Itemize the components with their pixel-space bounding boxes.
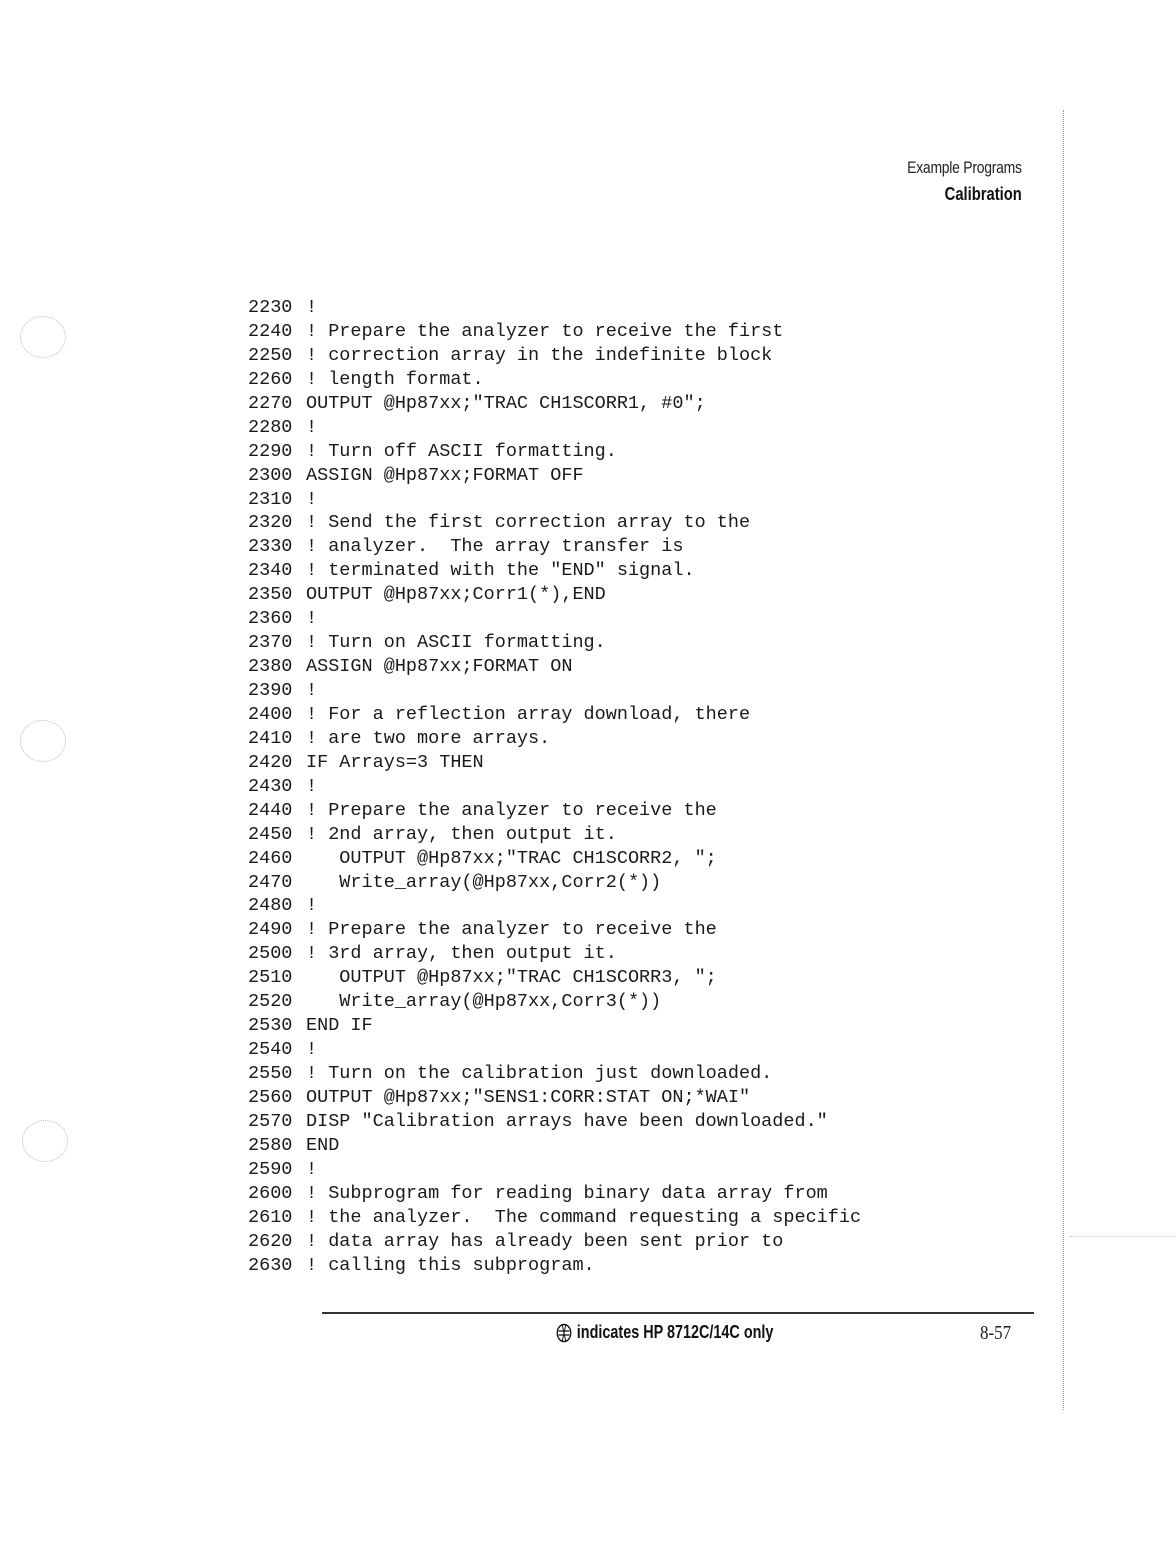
code-line: 2550! Turn on the calibration just downl… [248, 1062, 861, 1086]
code-line: 2450! 2nd array, then output it. [248, 823, 861, 847]
code-line: 2460 OUTPUT @Hp87xx;"TRAC CH1SCORR2, "; [248, 847, 861, 871]
line-number: 2480 [248, 894, 306, 918]
line-number: 2380 [248, 655, 306, 679]
code-text: ! calling this subprogram. [306, 1255, 595, 1276]
code-text: OUTPUT @Hp87xx;"TRAC CH1SCORR3, "; [306, 967, 717, 988]
line-number: 2510 [248, 966, 306, 990]
line-number: 2450 [248, 823, 306, 847]
code-line: 2320! Send the first correction array to… [248, 511, 861, 535]
line-number: 2320 [248, 511, 306, 535]
code-text: ! Prepare the analyzer to receive the [306, 919, 717, 940]
subsection-title: Calibration [907, 180, 1022, 208]
code-text: ! Prepare the analyzer to receive the fi… [306, 321, 783, 342]
code-text: ! correction array in the indefinite blo… [306, 345, 772, 366]
line-number: 2260 [248, 368, 306, 392]
code-text: IF Arrays=3 THEN [306, 752, 484, 773]
code-text: ! data array has already been sent prior… [306, 1231, 783, 1252]
code-text: ! Turn on ASCII formatting. [306, 632, 606, 653]
footer-divider [322, 1312, 1034, 1314]
footer-note-text: indicates HP 8712C/14C only [577, 1322, 774, 1343]
code-text: ASSIGN @Hp87xx;FORMAT OFF [306, 465, 584, 486]
line-number: 2460 [248, 847, 306, 871]
section-title: Example Programs [907, 156, 1022, 180]
code-text: ! [306, 680, 317, 701]
code-line: 2420IF Arrays=3 THEN [248, 751, 861, 775]
code-text: ! 2nd array, then output it. [306, 824, 617, 845]
line-number: 2550 [248, 1062, 306, 1086]
page-footer: indicates HP 8712C/14C only 8-57 [0, 1320, 1176, 1350]
footer-note: indicates HP 8712C/14C only [556, 1322, 773, 1343]
line-number: 2500 [248, 942, 306, 966]
code-text: DISP "Calibration arrays have been downl… [306, 1111, 828, 1132]
line-number: 2430 [248, 775, 306, 799]
code-line: 2530END IF [248, 1014, 861, 1038]
code-text: ! [306, 776, 317, 797]
line-number: 2240 [248, 320, 306, 344]
code-line: 2390! [248, 679, 861, 703]
page-margin-line [1063, 110, 1064, 1410]
code-line: 2570DISP "Calibration arrays have been d… [248, 1110, 861, 1134]
code-text: ! Turn off ASCII formatting. [306, 441, 617, 462]
code-line: 2250! correction array in the indefinite… [248, 344, 861, 368]
code-line: 2520 Write_array(@Hp87xx,Corr3(*)) [248, 990, 861, 1014]
line-number: 2420 [248, 751, 306, 775]
code-line: 2310! [248, 488, 861, 512]
code-line: 2560OUTPUT @Hp87xx;"SENS1:CORR:STAT ON;*… [248, 1086, 861, 1110]
code-text: ! Subprogram for reading binary data arr… [306, 1183, 828, 1204]
code-text: ! Turn on the calibration just downloade… [306, 1063, 772, 1084]
code-text: OUTPUT @Hp87xx;"SENS1:CORR:STAT ON;*WAI" [306, 1087, 750, 1108]
code-line: 2620! data array has already been sent p… [248, 1230, 861, 1254]
code-line: 2480! [248, 894, 861, 918]
line-number: 2570 [248, 1110, 306, 1134]
line-number: 2340 [248, 559, 306, 583]
line-number: 2580 [248, 1134, 306, 1158]
code-line: 2590! [248, 1158, 861, 1182]
line-number: 2540 [248, 1038, 306, 1062]
line-number: 2300 [248, 464, 306, 488]
line-number: 2290 [248, 440, 306, 464]
line-number: 2270 [248, 392, 306, 416]
code-line: 2410! are two more arrays. [248, 727, 861, 751]
code-text: END IF [306, 1015, 373, 1036]
code-text: ! [306, 895, 317, 916]
line-number: 2470 [248, 871, 306, 895]
code-line: 2230! [248, 296, 861, 320]
code-text: ! Prepare the analyzer to receive the [306, 800, 717, 821]
line-number: 2560 [248, 1086, 306, 1110]
code-line: 2510 OUTPUT @Hp87xx;"TRAC CH1SCORR3, "; [248, 966, 861, 990]
line-number: 2390 [248, 679, 306, 703]
code-text: OUTPUT @Hp87xx;Corr1(*),END [306, 584, 606, 605]
line-number: 2350 [248, 583, 306, 607]
code-text: ! analyzer. The array transfer is [306, 536, 683, 557]
line-number: 2610 [248, 1206, 306, 1230]
line-number: 2600 [248, 1182, 306, 1206]
binder-hole [20, 720, 66, 762]
hp-8712c-14c-only-icon [556, 1323, 572, 1343]
code-text: ! [306, 489, 317, 510]
code-line: 2350OUTPUT @Hp87xx;Corr1(*),END [248, 583, 861, 607]
code-text: ! For a reflection array download, there [306, 704, 750, 725]
code-line: 2580END [248, 1134, 861, 1158]
code-listing: 2230!2240! Prepare the analyzer to recei… [248, 296, 861, 1277]
code-line: 2340! terminated with the "END" signal. [248, 559, 861, 583]
code-text: ! [306, 1159, 317, 1180]
code-line: 2280! [248, 416, 861, 440]
code-text: END [306, 1135, 339, 1156]
code-line: 2470 Write_array(@Hp87xx,Corr2(*)) [248, 871, 861, 895]
code-line: 2430! [248, 775, 861, 799]
code-text: ! [306, 297, 317, 318]
code-line: 2400! For a reflection array download, t… [248, 703, 861, 727]
code-text: Write_array(@Hp87xx,Corr3(*)) [306, 991, 661, 1012]
code-line: 2600! Subprogram for reading binary data… [248, 1182, 861, 1206]
code-line: 2370! Turn on ASCII formatting. [248, 631, 861, 655]
code-text: ! [306, 608, 317, 629]
line-number: 2520 [248, 990, 306, 1014]
code-text: ! are two more arrays. [306, 728, 550, 749]
line-number: 2230 [248, 296, 306, 320]
code-text: ! terminated with the "END" signal. [306, 560, 695, 581]
code-text: ! [306, 417, 317, 438]
line-number: 2310 [248, 488, 306, 512]
line-number: 2440 [248, 799, 306, 823]
line-number: 2530 [248, 1014, 306, 1038]
code-line: 2240! Prepare the analyzer to receive th… [248, 320, 861, 344]
binder-hole [20, 316, 66, 358]
line-number: 2370 [248, 631, 306, 655]
code-line: 2490! Prepare the analyzer to receive th… [248, 918, 861, 942]
code-text: OUTPUT @Hp87xx;"TRAC CH1SCORR1, #0"; [306, 393, 706, 414]
binder-hole [22, 1120, 68, 1162]
line-number: 2410 [248, 727, 306, 751]
line-number: 2400 [248, 703, 306, 727]
line-number: 2630 [248, 1254, 306, 1278]
line-number: 2280 [248, 416, 306, 440]
code-text: Write_array(@Hp87xx,Corr2(*)) [306, 872, 661, 893]
code-line: 2270OUTPUT @Hp87xx;"TRAC CH1SCORR1, #0"; [248, 392, 861, 416]
code-line: 2360! [248, 607, 861, 631]
line-number: 2250 [248, 344, 306, 368]
code-line: 2330! analyzer. The array transfer is [248, 535, 861, 559]
page-header: Example Programs Calibration [882, 156, 1022, 208]
code-text: ! [306, 1039, 317, 1060]
code-line: 2300ASSIGN @Hp87xx;FORMAT OFF [248, 464, 861, 488]
line-number: 2360 [248, 607, 306, 631]
code-text: ! Send the first correction array to the [306, 512, 750, 533]
code-line: 2440! Prepare the analyzer to receive th… [248, 799, 861, 823]
code-text: ASSIGN @Hp87xx;FORMAT ON [306, 656, 572, 677]
line-number: 2490 [248, 918, 306, 942]
code-line: 2630! calling this subprogram. [248, 1254, 861, 1278]
code-line: 2380ASSIGN @Hp87xx;FORMAT ON [248, 655, 861, 679]
code-text: ! the analyzer. The command requesting a… [306, 1207, 861, 1228]
line-number: 2620 [248, 1230, 306, 1254]
code-line: 2290! Turn off ASCII formatting. [248, 440, 861, 464]
scan-artifact [1070, 1236, 1176, 1237]
code-line: 2610! the analyzer. The command requesti… [248, 1206, 861, 1230]
line-number: 2590 [248, 1158, 306, 1182]
code-line: 2540! [248, 1038, 861, 1062]
code-text: OUTPUT @Hp87xx;"TRAC CH1SCORR2, "; [306, 848, 717, 869]
code-text: ! 3rd array, then output it. [306, 943, 617, 964]
code-text: ! length format. [306, 369, 484, 390]
line-number: 2330 [248, 535, 306, 559]
code-line: 2500! 3rd array, then output it. [248, 942, 861, 966]
code-line: 2260! length format. [248, 368, 861, 392]
page-number: 8-57 [980, 1322, 1011, 1345]
